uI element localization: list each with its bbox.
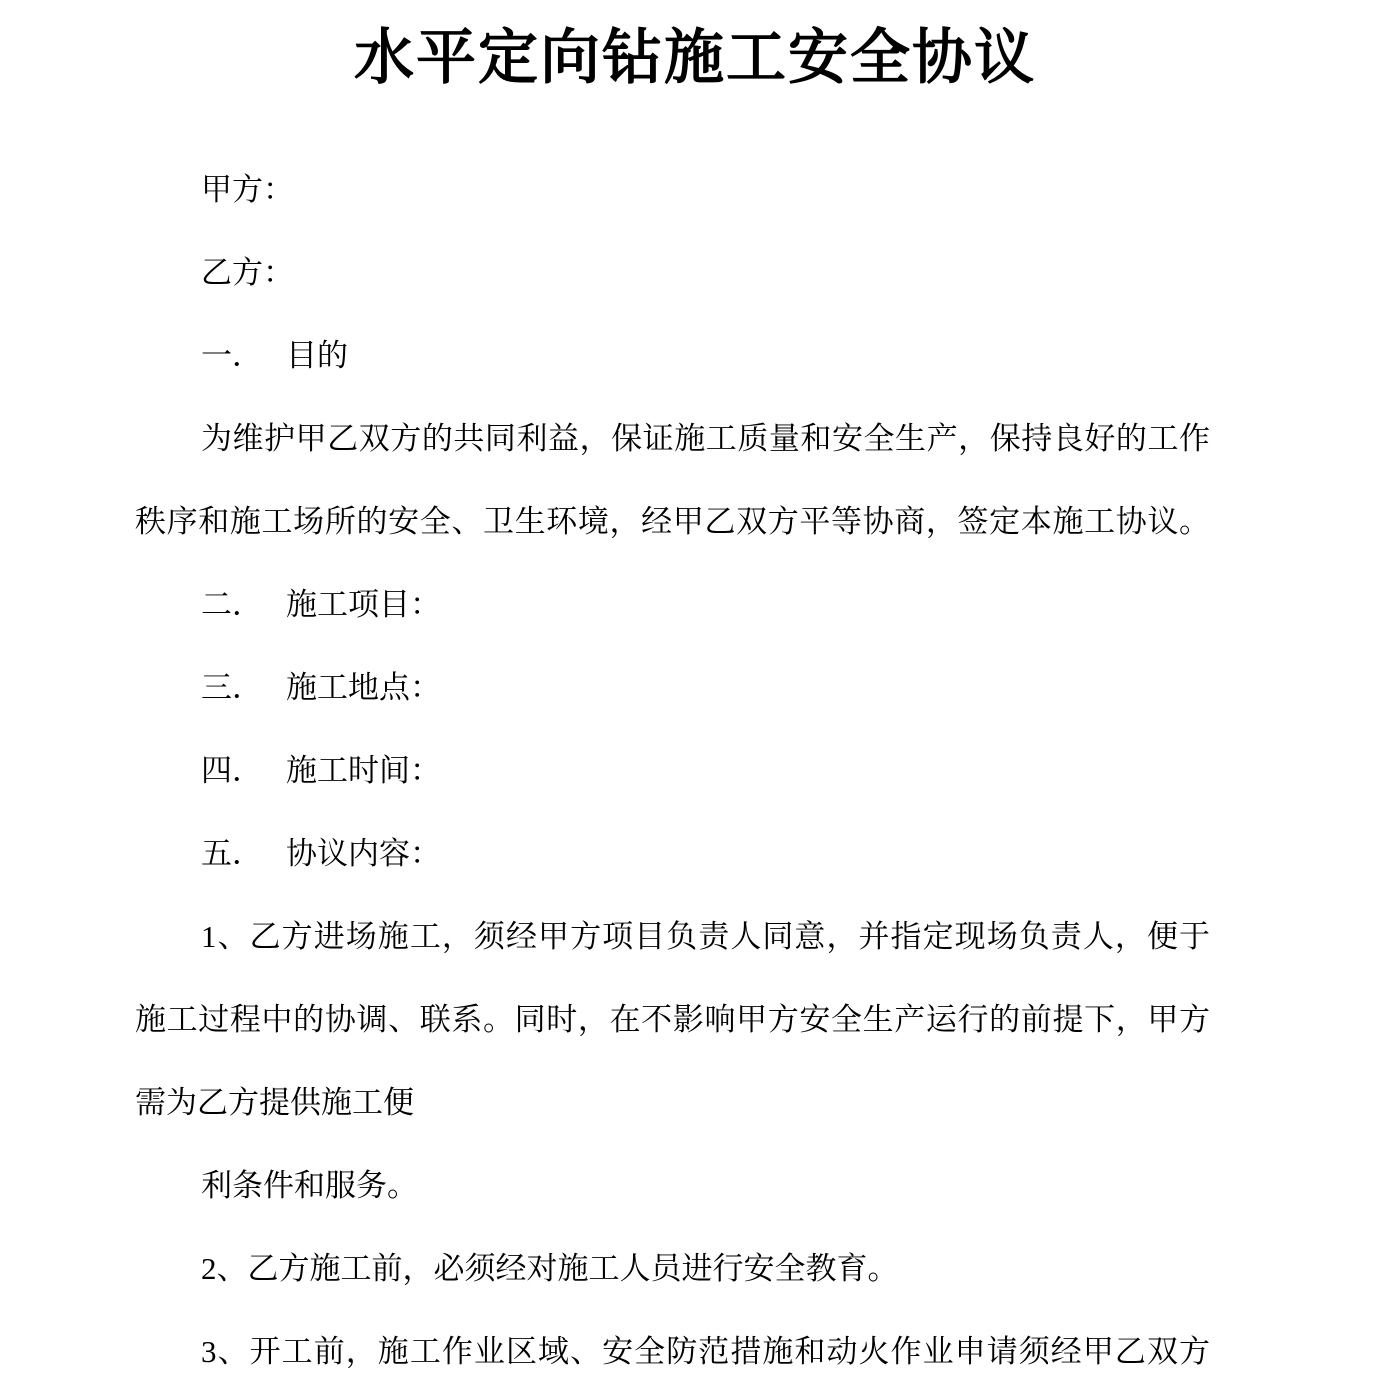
section-4-heading: 四．施工时间： <box>135 729 1210 812</box>
section-5-heading: 五．协议内容： <box>135 812 1210 895</box>
document-title: 水平定向钻施工安全协议 <box>0 20 1390 96</box>
section-3-label: 施工地点： <box>286 670 441 705</box>
clause-1-line-4: 利条件和服务。 <box>135 1144 1210 1227</box>
purpose-paragraph-line-1: 为维护甲乙双方的共同利益，保证施工质量和安全生产，保持良好的工作 <box>135 397 1210 480</box>
section-3-number: 三． <box>201 646 286 729</box>
section-4-number: 四． <box>201 729 286 812</box>
party-a-line: 甲方： <box>135 148 1210 231</box>
section-2-label: 施工项目： <box>286 587 441 622</box>
section-2-heading: 二．施工项目： <box>135 563 1210 646</box>
section-1-heading: 一．目的 <box>135 314 1210 397</box>
section-5-number: 五． <box>201 812 286 895</box>
clause-3-line: 3、开工前，施工作业区域、安全防范措施和动火作业申请须经甲乙双方 <box>135 1310 1210 1390</box>
section-4-label: 施工时间： <box>286 753 441 788</box>
document-body: 甲方： 乙方： 一．目的 为维护甲乙双方的共同利益，保证施工质量和安全生产，保持… <box>0 148 1390 1390</box>
section-2-number: 二． <box>201 563 286 646</box>
section-1-number: 一． <box>201 314 286 397</box>
section-5-label: 协议内容： <box>286 836 441 871</box>
purpose-paragraph-line-2: 秩序和施工场所的安全、卫生环境，经甲乙双方平等协商，签定本施工协议。 <box>135 480 1210 563</box>
clause-1-line-3: 需为乙方提供施工便 <box>135 1061 1210 1144</box>
clause-2-line: 2、乙方施工前，必须经对施工人员进行安全教育。 <box>135 1227 1210 1310</box>
document-page: 水平定向钻施工安全协议 甲方： 乙方： 一．目的 为维护甲乙双方的共同利益，保证… <box>0 0 1390 1390</box>
section-1-label: 目的 <box>286 338 348 373</box>
clause-1-line-1: 1、乙方进场施工，须经甲方项目负责人同意，并指定现场负责人，便于 <box>135 895 1210 978</box>
section-3-heading: 三．施工地点： <box>135 646 1210 729</box>
party-b-line: 乙方： <box>135 231 1210 314</box>
clause-1-line-2: 施工过程中的协调、联系。同时，在不影响甲方安全生产运行的前提下，甲方 <box>135 978 1210 1061</box>
